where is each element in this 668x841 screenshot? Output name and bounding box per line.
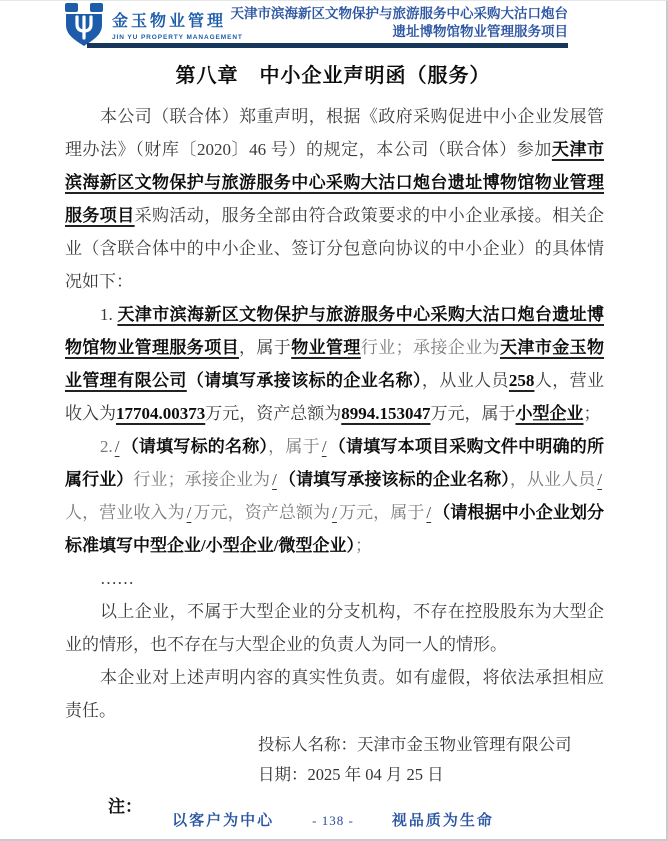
bidder-name-value: 天津市金玉物业管理有限公司 [357, 735, 572, 754]
bidder-name-line: 投标人名称：天津市金玉物业管理有限公司 [258, 730, 666, 760]
text-run: （请填写标的名称） [121, 437, 268, 456]
page-header: 金玉物业管理 JIN YU PROPERTY MANAGEMENT 天津市滨海新… [0, 1, 666, 49]
text-run: / [424, 503, 433, 522]
document-body: 本公司（联合体）郑重声明，根据《政府采购促进中小企业发展管理办法》（财库〔202… [65, 100, 604, 727]
footer-slogan-left: 以客户为中心 [172, 809, 274, 830]
text-run: ，属于 [268, 437, 320, 456]
text-run: 1. [100, 305, 117, 324]
logo-name-cn: 金玉物业管理 [112, 8, 243, 31]
text-run: / [320, 437, 329, 456]
text-run: 以上企业，不属于大型企业的分支机构，不存在控股股东为大型企业的情形，也不存在与大… [65, 602, 604, 654]
text-run: 万元，属于 [339, 503, 425, 522]
text-run: 行业；承接企业为 [133, 470, 270, 489]
text-run: 人，营业收入为 [65, 503, 185, 522]
text-run: / [595, 470, 604, 489]
text-run: ，从业人员 [510, 470, 595, 489]
text-run: 采购活动，服务全部由符合政策要求的中小企业承接。相关企业（含联合体中的中小企业、… [65, 206, 604, 291]
text-run: ，从业人员 [422, 371, 509, 390]
text-run: 行业；承接企业为 [361, 338, 500, 357]
text-run: ； [584, 404, 601, 423]
header-project-title-line1: 天津市滨海新区文物保护与旅游服务中心采购大沽口炮台 [225, 5, 568, 23]
item-2: 2./（请填写标的名称），属于/（请填写本项目采购文件中明确的所属行业）行业；承… [65, 430, 604, 562]
text-run: 本企业对上述声明内容的真实性负责。如有虚假，将依法承担相应责任。 [65, 668, 604, 720]
no-large-enterprise-paragraph: 以上企业，不属于大型企业的分支机构，不存在控股股东为大型企业的情形，也不存在与大… [65, 595, 604, 661]
page-footer: 以客户为中心 - 138 - 视品质为生命 [0, 809, 666, 830]
text-run: （请填写承接该标的企业名称） [187, 371, 422, 390]
header-project-title: 天津市滨海新区文物保护与旅游服务中心采购大沽口炮台 遗址博物馆物业管理服务项目 [225, 5, 568, 41]
signature-block: 投标人名称：天津市金玉物业管理有限公司 日期：2025 年 04 月 25 日 [258, 730, 666, 790]
bidder-name-label: 投标人名称： [258, 735, 357, 754]
header-divider [87, 43, 568, 48]
date-line: 日期：2025 年 04 月 25 日 [258, 760, 666, 790]
chapter-title: 第八章 中小企业声明函（服务） [0, 59, 666, 88]
date-value: 2025 年 04 月 25 日 [308, 765, 444, 784]
item-1: 1. 天津市滨海新区文物保护与旅游服务中心采购大沽口炮台遗址博物馆物业管理服务项… [65, 298, 604, 430]
text-run: 物业管理 [291, 338, 361, 357]
date-label: 日期： [258, 765, 308, 784]
text-run: 本公司（联合体）郑重声明，根据《政府采购促进中小企业发展管理办法》（财库〔202… [65, 107, 604, 159]
text-run: 万元，资产总额为 [205, 404, 341, 423]
text-run: / [330, 503, 339, 522]
text-run: ，属于 [239, 338, 291, 357]
responsibility-paragraph: 本企业对上述声明内容的真实性负责。如有虚假，将依法承担相应责任。 [65, 661, 604, 727]
text-run: 17704.00373 [116, 404, 205, 423]
text-run: 8994.153047 [341, 404, 430, 423]
document-page: 金玉物业管理 JIN YU PROPERTY MANAGEMENT 天津市滨海新… [0, 0, 668, 841]
text-run: 万元，资产总额为 [193, 503, 330, 522]
text-run: …… [100, 569, 134, 588]
text-run: 万元，属于 [431, 404, 516, 423]
text-run: 小型企业 [516, 404, 584, 423]
declaration-paragraph: 本公司（联合体）郑重声明，根据《政府采购促进中小企业发展管理办法》（财库〔202… [65, 100, 604, 298]
logo-name-en: JIN YU PROPERTY MANAGEMENT [112, 34, 243, 41]
header-project-title-line2: 遗址博物馆物业管理服务项目 [225, 23, 568, 41]
footer-slogan-right: 视品质为生命 [392, 809, 494, 830]
text-run: （请填写承接该标的企业名称） [279, 470, 510, 489]
text-run: / [270, 470, 279, 489]
text-run: 258 [509, 371, 535, 390]
text-run: 2. [100, 437, 113, 456]
page-number: - 138 - [312, 813, 354, 829]
company-logo-text: 金玉物业管理 JIN YU PROPERTY MANAGEMENT [112, 8, 243, 41]
ellipsis-paragraph: …… [65, 562, 604, 595]
text-run: ； [355, 536, 372, 555]
